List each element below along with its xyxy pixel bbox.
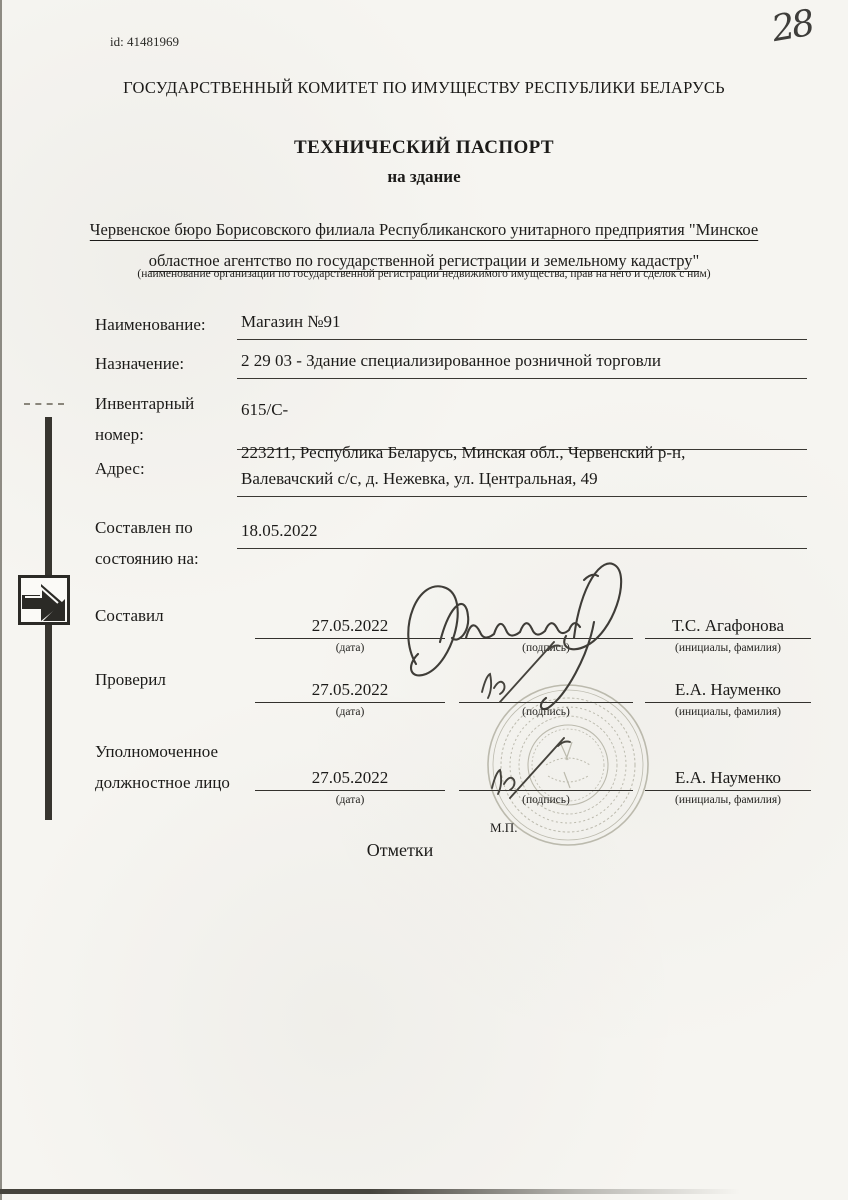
field-purpose: Назначение: 2 29 03 - Здание специализир… (95, 348, 807, 379)
compiled-name: Т.С. Агафонова (645, 600, 811, 639)
scan-dashed-tick (24, 403, 64, 405)
field-name-value: Магазин №91 (237, 309, 807, 340)
field-address-value: 223211, Республика Беларусь, Минская обл… (237, 440, 807, 497)
field-address-label: Адрес: (95, 453, 237, 484)
organization-name: Червенское бюро Борисовского филиала Рес… (40, 214, 808, 276)
field-as-of-label: Составлен по состоянию на: (95, 512, 237, 574)
organization-caption: (наименование организации по государстве… (0, 268, 848, 280)
field-address-line2: Валевачский с/с, д. Нежевка, ул. Централ… (241, 469, 598, 488)
arrow-icon (21, 578, 67, 622)
document-subtitle: на здание (0, 167, 848, 187)
compiled-role-label: Составил (95, 600, 255, 654)
authorized-date: 27.05.2022 (255, 752, 445, 791)
field-purpose-label: Назначение: (95, 348, 237, 379)
checked-signature-ink (460, 640, 600, 715)
field-name-label: Наименование: (95, 309, 237, 340)
signature-row-authorized: Уполномоченное должностное лицо 27.05.20… (95, 752, 807, 806)
field-address: Адрес: 223211, Республика Беларусь, Минс… (95, 440, 807, 497)
authorized-signature-ink (468, 732, 608, 807)
field-name: Наименование: Магазин №91 (95, 309, 807, 340)
authorized-name: Е.А. Науменко (645, 752, 811, 791)
document-id: id: 41481969 (110, 34, 179, 50)
document-title: ТЕХНИЧЕСКИЙ ПАСПОРТ (0, 137, 848, 159)
arrow-marker-box (18, 575, 70, 625)
initials-caption: (инициалы, фамилия) (645, 794, 811, 806)
field-as-of-value: 18.05.2022 (237, 512, 807, 549)
initials-caption: (инициалы, фамилия) (645, 706, 811, 718)
notes-heading: Отметки (0, 840, 800, 861)
issuing-authority-heading: ГОСУДАРСТВЕННЫЙ КОМИТЕТ ПО ИМУЩЕСТВУ РЕС… (0, 78, 848, 98)
scan-bottom-edge-line (0, 1189, 740, 1194)
organization-line1: Червенское бюро Борисовского филиала Рес… (90, 220, 758, 239)
stamp-place-abbreviation: М.П. (490, 820, 517, 836)
checked-role-label: Проверил (95, 664, 255, 718)
handwritten-page-number: 28 (769, 3, 815, 50)
field-purpose-value: 2 29 03 - Здание специализированное розн… (237, 348, 807, 379)
authorized-role-label: Уполномоченное должностное лицо (95, 736, 255, 806)
date-caption: (дата) (255, 794, 445, 806)
checked-name: Е.А. Науменко (645, 664, 811, 703)
initials-caption: (инициалы, фамилия) (645, 642, 811, 654)
scanned-document-page: id: 41481969 28 ГОСУДАРСТВЕННЫЙ КОМИТЕТ … (0, 0, 848, 1200)
field-address-line1: 223211, Республика Беларусь, Минская обл… (241, 443, 685, 462)
